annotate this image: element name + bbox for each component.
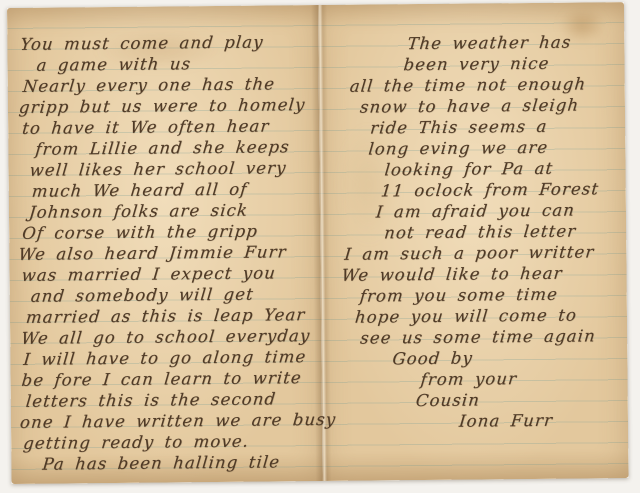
letter-line: one I have written we are busy bbox=[19, 409, 324, 433]
letter-line: I will have to go along time bbox=[22, 346, 323, 370]
letter-line: Nearly every one has the bbox=[22, 73, 321, 97]
letter-line: to have it We often hear bbox=[21, 115, 321, 139]
letter-line: not read this letter bbox=[383, 220, 628, 243]
letter-page-left: You must come and play a game with us Ne… bbox=[7, 5, 323, 484]
letter-line: I am such a poor writter bbox=[343, 241, 628, 265]
letter-line: We all go to school everyday bbox=[20, 325, 323, 349]
letter-line: see us some time again bbox=[359, 325, 629, 349]
left-page-text: You must come and play a game with us Ne… bbox=[7, 5, 322, 475]
letter-line: I am afraid you can bbox=[375, 199, 628, 222]
letter-line: Cousin bbox=[415, 388, 630, 411]
letter-line: 11 oclock from Forest bbox=[380, 178, 628, 201]
letter-line: from your bbox=[420, 367, 630, 390]
letter-scan: You must come and play a game with us Ne… bbox=[7, 2, 629, 484]
letter-line: a game with us bbox=[36, 52, 321, 76]
letter-line: from Lillie and she keeps bbox=[34, 136, 321, 160]
letter-line: letters this is the second bbox=[25, 388, 324, 412]
letter-line: Of corse with the gripp bbox=[21, 220, 322, 244]
letter-page-right: The weather has been very nice all the t… bbox=[318, 2, 629, 481]
letter-line: gripp but us were to homely bbox=[18, 94, 321, 118]
letter-line: hope you will come to bbox=[354, 304, 629, 328]
letter-line: The weather has bbox=[406, 31, 626, 54]
letter-line: much We heard all of bbox=[31, 178, 322, 202]
letter-line: and somebody will get bbox=[30, 283, 323, 307]
letter-line: You must come and play bbox=[19, 31, 320, 55]
letter-line: We would like to hear bbox=[341, 262, 629, 286]
letter-line: looking for Pa at bbox=[384, 157, 628, 180]
letter-line: Pa has been halling tile bbox=[41, 451, 324, 475]
letter-line: was married I expect you bbox=[21, 262, 323, 286]
letter-line: We also heard Jimmie Furr bbox=[17, 241, 322, 265]
letter-line: well likes her school very bbox=[29, 157, 322, 181]
letter-line: snow to have a sleigh bbox=[359, 94, 627, 118]
letter-line: all the time not enough bbox=[349, 73, 627, 97]
letter-line: long eving we are bbox=[367, 136, 627, 159]
letter-line: from you some time bbox=[359, 283, 629, 307]
letter-line: been very nice bbox=[403, 52, 627, 75]
letter-line: ride This seems a bbox=[369, 115, 627, 138]
letter-line: be fore I can learn to write bbox=[21, 367, 324, 391]
letter-line: Good by bbox=[391, 346, 629, 369]
letter-line: married as this is leap Year bbox=[25, 304, 323, 328]
signature-line: Iona Furr bbox=[458, 409, 630, 432]
letter-line: getting ready to move. bbox=[22, 430, 324, 454]
right-page-text: The weather has been very nice all the t… bbox=[318, 2, 628, 433]
letter-line: Johnson folks are sick bbox=[28, 199, 322, 223]
